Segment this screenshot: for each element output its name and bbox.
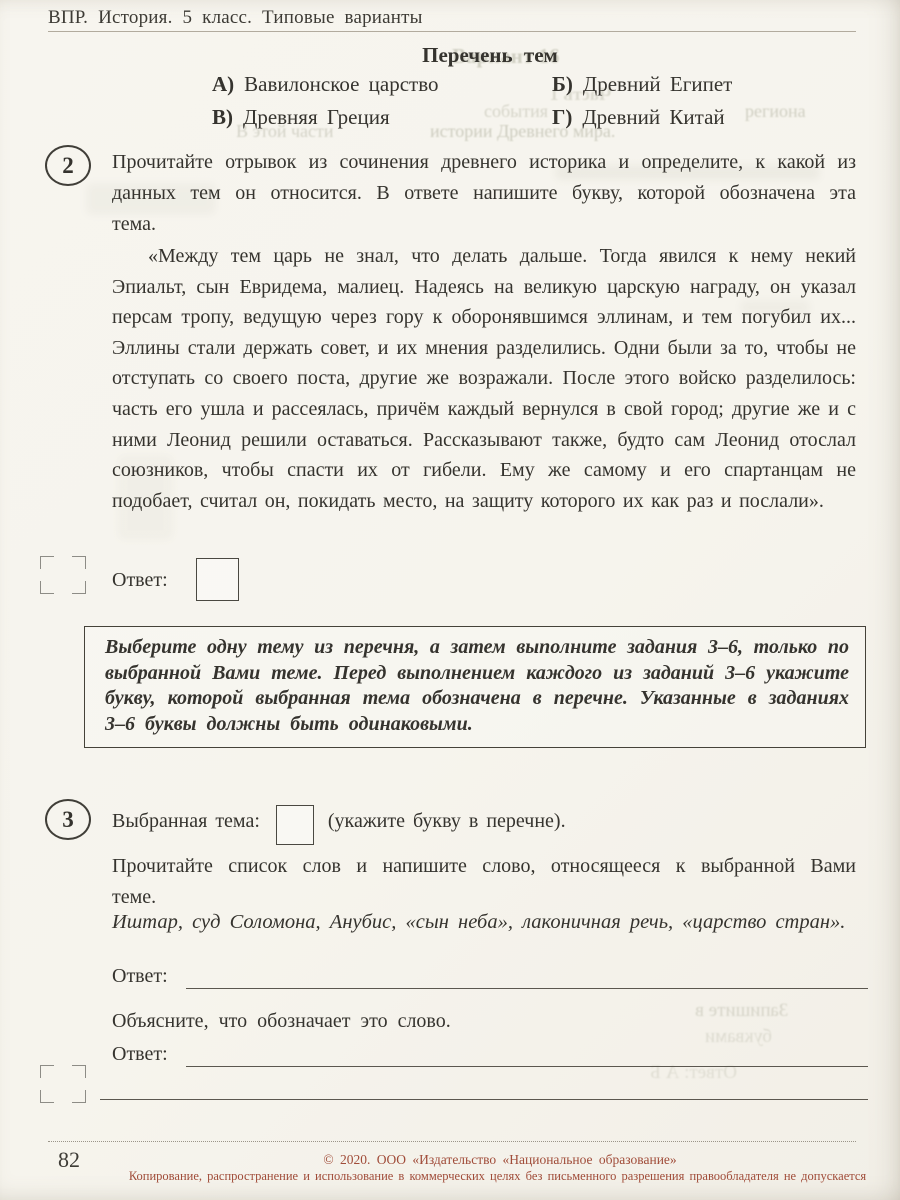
topic-item-a: А)Вавилонское царство <box>212 72 552 97</box>
chosen-theme-label: Выбранная тема: <box>112 810 260 833</box>
topic-letter: Г) <box>552 105 572 129</box>
crop-corner <box>40 1065 54 1078</box>
topic-letter: Б) <box>552 72 573 96</box>
task-3-number: 3 <box>45 799 91 840</box>
crop-corner <box>72 581 86 594</box>
topic-label: Древний Египет <box>583 72 732 96</box>
crop-mark-bottom <box>40 1065 86 1103</box>
task-3-chosen-theme-row: Выбранная тема: (укажите букву в перечне… <box>112 801 566 841</box>
footer-copyright: © 2020. ООО «Издательство «Национальное … <box>150 1152 850 1168</box>
instruction-box: Выберите одну тему из перечня, а затем в… <box>84 626 866 748</box>
crop-mark-top <box>40 556 86 594</box>
task-2-quote: «Между тем царь не знал, что делать даль… <box>112 241 856 516</box>
crop-corner <box>72 556 86 569</box>
footer-notice: Копирование, распространение и использов… <box>100 1169 895 1184</box>
topic-item-v: В)Древняя Греция <box>212 105 552 130</box>
workbook-page: Вариант 16Часть 1событиярегионаВ этой ча… <box>0 0 900 1200</box>
chosen-theme-box[interactable] <box>276 805 314 845</box>
topic-label: Древняя Греция <box>243 105 390 129</box>
task-3-answer-line-1[interactable] <box>186 962 868 989</box>
topic-item-g: Г)Древний Китай <box>552 105 732 130</box>
page-number: 82 <box>58 1147 80 1173</box>
crop-corner <box>40 1090 54 1103</box>
task-3-answer-row-2: Ответ: <box>112 1040 868 1067</box>
task-3-answer-label-1: Ответ: <box>112 963 168 989</box>
topic-label: Вавилонское царство <box>244 72 438 96</box>
crop-corner <box>72 1065 86 1078</box>
task-2-number: 2 <box>45 145 91 186</box>
task-3-answer-line-3[interactable] <box>100 1074 868 1100</box>
task-2-answer-box[interactable] <box>196 558 239 601</box>
task-3-prompt: Прочитайте список слов и напишите слово,… <box>112 851 856 913</box>
bleedthrough-text: региона <box>745 101 806 122</box>
topic-label: Древний Китай <box>582 105 724 129</box>
crop-corner <box>72 1090 86 1103</box>
footer-divider <box>48 1141 856 1142</box>
crop-corner <box>40 556 54 569</box>
task-3-answer-label-2: Ответ: <box>112 1041 168 1067</box>
task-3-answer-line-2[interactable] <box>186 1040 868 1067</box>
instruction-text: Выберите одну тему из перечня, а затем в… <box>105 636 849 735</box>
topic-letter: В) <box>212 105 233 129</box>
task-2-prompt: Прочитайте отрывок из сочинения древнего… <box>112 147 856 240</box>
task-2-answer-row: Ответ: <box>112 558 282 601</box>
topic-letter: А) <box>212 72 234 96</box>
crop-corner <box>40 581 54 594</box>
task-3-answer-row-1: Ответ: <box>112 962 868 989</box>
topics-title: Перечень тем <box>130 43 850 68</box>
topic-item-b: Б)Древний Египет <box>552 72 732 97</box>
task-3-word-list: Иштар, суд Соломона, Анубис, «сын неба»,… <box>112 907 856 938</box>
running-header: ВПР. История. 5 класс. Типовые варианты <box>48 7 423 29</box>
chosen-theme-hint: (укажите букву в перечне). <box>328 810 566 833</box>
topics-list: А)Вавилонское царство Б)Древний Египет В… <box>212 72 732 130</box>
header-divider <box>48 31 856 32</box>
task-3-explain-prompt: Объясните, что обозначает это слово. <box>112 1006 856 1037</box>
task-2-answer-label: Ответ: <box>112 567 168 593</box>
